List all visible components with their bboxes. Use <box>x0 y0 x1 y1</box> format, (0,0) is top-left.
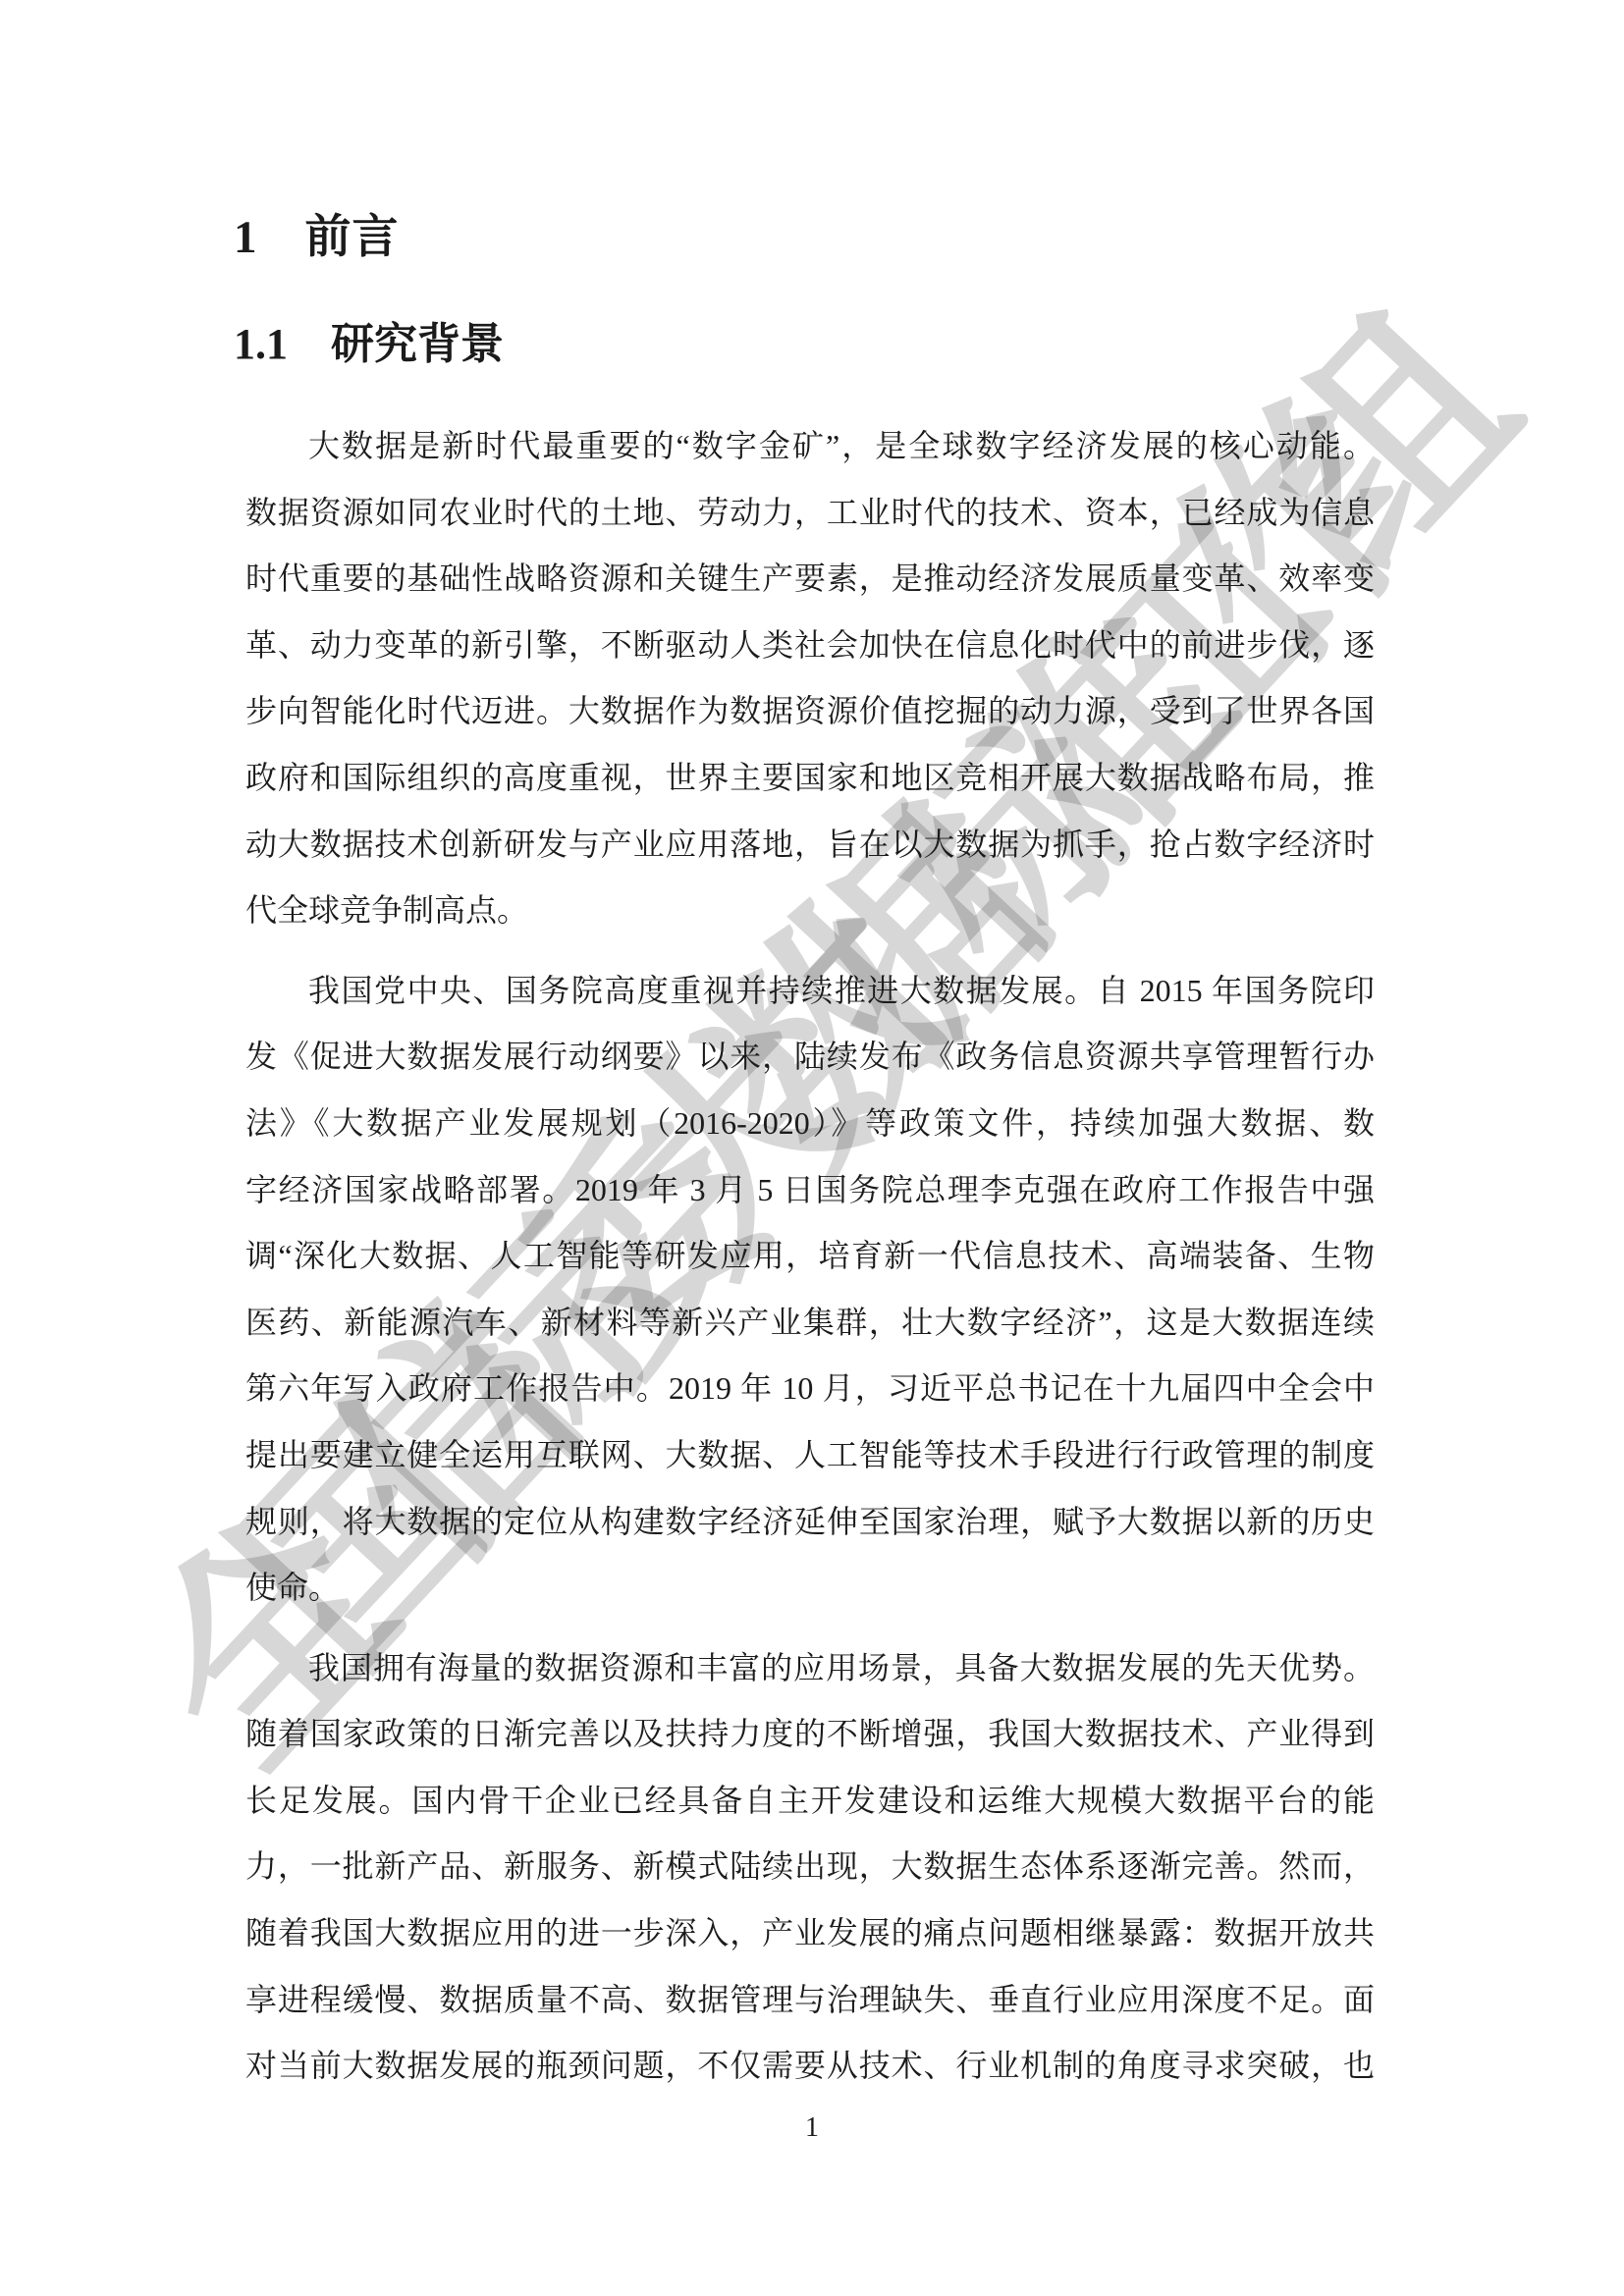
paragraph-line: 随着我国大数据应用的进一步深入，产业发展的痛点问题相继暴露：数据开放共 <box>245 1900 1375 1967</box>
paragraph-line: 动大数据技术创新研发与产业应用落地，旨在以大数据为抓手，抢占数字经济时 <box>245 812 1375 879</box>
paragraph-line: 随着国家政策的日渐完善以及扶持力度的不断增强，我国大数据技术、产业得到 <box>245 1701 1375 1768</box>
paragraph-line: 使命。 <box>245 1555 1375 1622</box>
paragraph: 大数据是新时代最重要的“数字金矿”，是全球数字经济发展的核心动能。数据资源如同农… <box>245 413 1375 944</box>
paragraph-line: 步向智能化时代迈进。大数据作为数据资源价值挖掘的动力源，受到了世界各国 <box>245 678 1375 745</box>
paragraph-line: 法》《大数据产业发展规划（2016-2020）》等政策文件，持续加强大数据、数 <box>245 1091 1375 1157</box>
paragraph: 我国拥有海量的数据资源和丰富的应用场景，具备大数据发展的先天优势。随着国家政策的… <box>245 1635 1375 2100</box>
paragraph-line: 长足发展。国内骨干企业已经具备自主开发建设和运维大规模大数据平台的能 <box>245 1768 1375 1835</box>
section-heading: 1 前言 <box>234 214 400 262</box>
paragraph-line: 代全球竞争制高点。 <box>245 878 1375 944</box>
body-text: 大数据是新时代最重要的“数字金矿”，是全球数字经济发展的核心动能。数据资源如同农… <box>245 413 1375 2100</box>
paragraph-line: 提出要建立健全运用互联网、大数据、人工智能等技术手段进行行政管理的制度 <box>245 1422 1375 1489</box>
subsection-heading: 1.1 研究背景 <box>234 322 504 367</box>
paragraph-line: 规则，将大数据的定位从构建数字经济延伸至国家治理，赋予大数据以新的历史 <box>245 1489 1375 1556</box>
paragraph-line: 字经济国家战略部署。2019 年 3 月 5 日国务院总理李克强在政府工作报告中… <box>245 1157 1375 1224</box>
paragraph-line: 医药、新能源汽车、新材料等新兴产业集群，壮大数字经济”，这是大数据连续 <box>245 1290 1375 1357</box>
paragraph-line: 享进程缓慢、数据质量不高、数据管理与治理缺失、垂直行业应用深度不足。面 <box>245 1967 1375 2034</box>
paragraph-line: 我国党中央、国务院高度重视并持续推进大数据发展。自 2015 年国务院印 <box>245 958 1375 1025</box>
paragraph: 我国党中央、国务院高度重视并持续推进大数据发展。自 2015 年国务院印发《促进… <box>245 958 1375 1622</box>
paragraph-line: 对当前大数据发展的瓶颈问题，不仅需要从技术、行业机制的角度寻求突破，也 <box>245 2033 1375 2100</box>
paragraph-line: 调“深化大数据、人工智能等研发应用，培育新一代信息技术、高端装备、生物 <box>245 1223 1375 1290</box>
page-number: 1 <box>0 2112 1624 2144</box>
paragraph-line: 革、动力变革的新引擎，不断驱动人类社会加快在信息化时代中的前进步伐，逐 <box>245 613 1375 679</box>
paragraph-line: 大数据是新时代最重要的“数字金矿”，是全球数字经济发展的核心动能。 <box>245 413 1375 480</box>
paragraph-line: 数据资源如同农业时代的土地、劳动力，工业时代的技术、资本，已经成为信息 <box>245 480 1375 547</box>
paragraph-line: 我国拥有海量的数据资源和丰富的应用场景，具备大数据发展的先天优势。 <box>245 1635 1375 1702</box>
paragraph-line: 第六年写入政府工作报告中。2019 年 10 月，习近平总书记在十九届四中全会中 <box>245 1356 1375 1422</box>
document-page: 全国信标委大数据标准工作组 1 前言 1.1 研究背景 大数据是新时代最重要的“… <box>0 0 1624 2296</box>
paragraph-line: 发《促进大数据发展行动纲要》以来，陆续发布《政务信息资源共享管理暂行办 <box>245 1024 1375 1091</box>
paragraph-line: 政府和国际组织的高度重视，世界主要国家和地区竞相开展大数据战略布局，推 <box>245 745 1375 812</box>
paragraph-line: 时代重要的基础性战略资源和关键生产要素，是推动经济发展质量变革、效率变 <box>245 546 1375 613</box>
paragraph-line: 力，一批新产品、新服务、新模式陆续出现，大数据生态体系逐渐完善。然而， <box>245 1834 1375 1900</box>
